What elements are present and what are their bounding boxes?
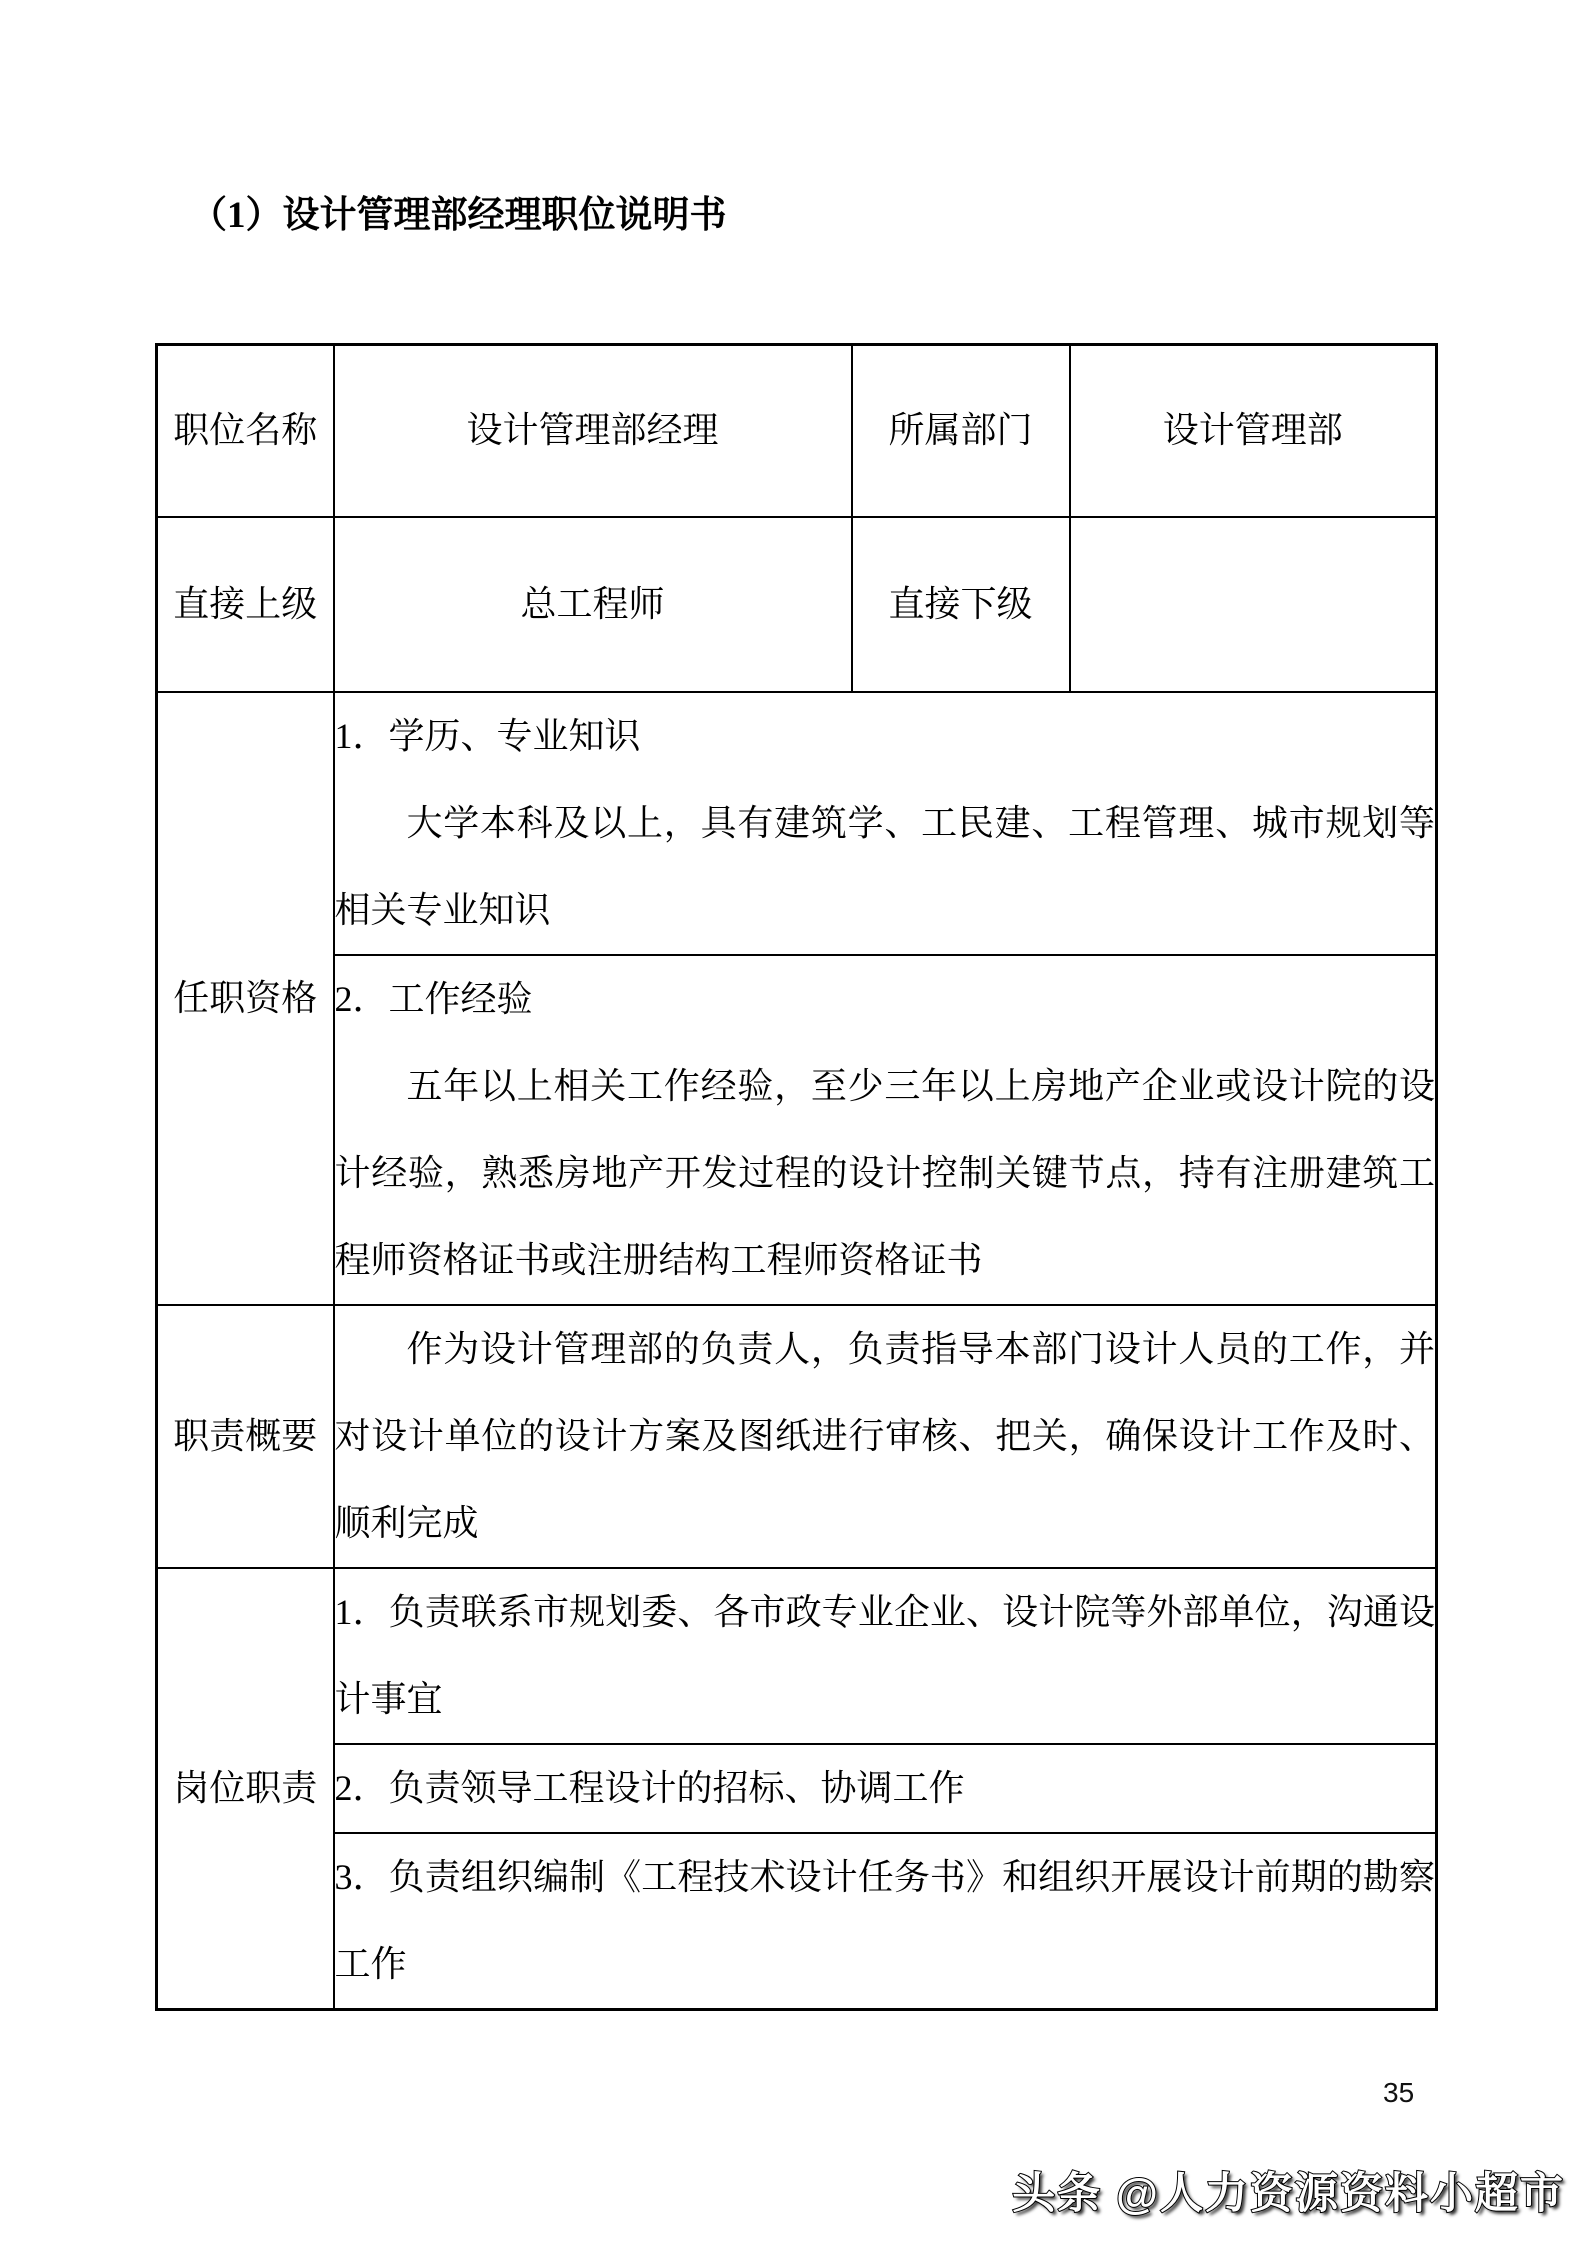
duty-item-3: 3．负责组织编制《工程技术设计任务书》和组织开展设计前期的勘察工作 xyxy=(335,1834,1436,2008)
table-row: 职责概要 作为设计管理部的负责人，负责指导本部门设计人员的工作，并对设计单位的设… xyxy=(157,1305,1437,1568)
qualification-education-body: 大学本科及以上，具有建筑学、工民建、工程管理、城市规划等相关专业知识 xyxy=(335,780,1436,954)
table-row: 3．负责组织编制《工程技术设计任务书》和组织开展设计前期的勘察工作 xyxy=(157,1833,1437,2010)
duty-item-1-cell: 1．负责联系市规划委、各市政专业企业、设计院等外部单位，沟通设计事宜 xyxy=(334,1568,1437,1744)
direct-superior-value: 总工程师 xyxy=(334,517,852,692)
watermark-text: 头条 @人力资源资料小超市 xyxy=(1012,2160,1565,2221)
duty-item-2: 2．负责领导工程设计的招标、协调工作 xyxy=(335,1745,1436,1832)
qualification-experience-heading: 2．工作经验 xyxy=(335,956,1436,1043)
summary-body: 作为设计管理部的负责人，负责指导本部门设计人员的工作，并对设计单位的设计方案及图… xyxy=(335,1306,1436,1567)
department-value: 设计管理部 xyxy=(1070,345,1437,517)
direct-superior-label: 直接上级 xyxy=(157,517,334,692)
table-row: 直接上级 总工程师 直接下级 xyxy=(157,517,1437,692)
table-row: 2．负责领导工程设计的招标、协调工作 xyxy=(157,1744,1437,1833)
table-row: 任职资格 1．学历、专业知识 大学本科及以上，具有建筑学、工民建、工程管理、城市… xyxy=(157,692,1437,955)
summary-label: 职责概要 xyxy=(157,1305,334,1568)
duties-label: 岗位职责 xyxy=(157,1568,334,2010)
summary-cell: 作为设计管理部的负责人，负责指导本部门设计人员的工作，并对设计单位的设计方案及图… xyxy=(334,1305,1437,1568)
table-row: 2．工作经验 五年以上相关工作经验，至少三年以上房地产企业或设计院的设计经验，熟… xyxy=(157,955,1437,1305)
qualification-experience-cell: 2．工作经验 五年以上相关工作经验，至少三年以上房地产企业或设计院的设计经验，熟… xyxy=(334,955,1437,1305)
document-page: （1）设计管理部经理职位说明书 职位名称 设计管理部经理 所属部门 设计管理部 … xyxy=(0,0,1587,2245)
qualification-experience-body: 五年以上相关工作经验，至少三年以上房地产企业或设计院的设计经验，熟悉房地产开发过… xyxy=(335,1043,1436,1304)
direct-subordinate-value xyxy=(1070,517,1437,692)
job-description-table: 职位名称 设计管理部经理 所属部门 设计管理部 直接上级 总工程师 直接下级 任… xyxy=(155,343,1438,2011)
page-number: 35 xyxy=(1383,2076,1414,2110)
department-label: 所属部门 xyxy=(852,345,1070,517)
qualifications-label: 任职资格 xyxy=(157,692,334,1305)
table-row: 职位名称 设计管理部经理 所属部门 设计管理部 xyxy=(157,345,1437,517)
duty-item-2-cell: 2．负责领导工程设计的招标、协调工作 xyxy=(334,1744,1437,1833)
duty-item-3-cell: 3．负责组织编制《工程技术设计任务书》和组织开展设计前期的勘察工作 xyxy=(334,1833,1437,2010)
table-row: 岗位职责 1．负责联系市规划委、各市政专业企业、设计院等外部单位，沟通设计事宜 xyxy=(157,1568,1437,1744)
document-title: （1）设计管理部经理职位说明书 xyxy=(190,186,727,246)
qualification-education-cell: 1．学历、专业知识 大学本科及以上，具有建筑学、工民建、工程管理、城市规划等相关… xyxy=(334,692,1437,955)
direct-subordinate-label: 直接下级 xyxy=(852,517,1070,692)
position-name-label: 职位名称 xyxy=(157,345,334,517)
position-name-value: 设计管理部经理 xyxy=(334,345,852,517)
duty-item-1: 1．负责联系市规划委、各市政专业企业、设计院等外部单位，沟通设计事宜 xyxy=(335,1569,1436,1743)
qualification-education-heading: 1．学历、专业知识 xyxy=(335,693,1436,780)
